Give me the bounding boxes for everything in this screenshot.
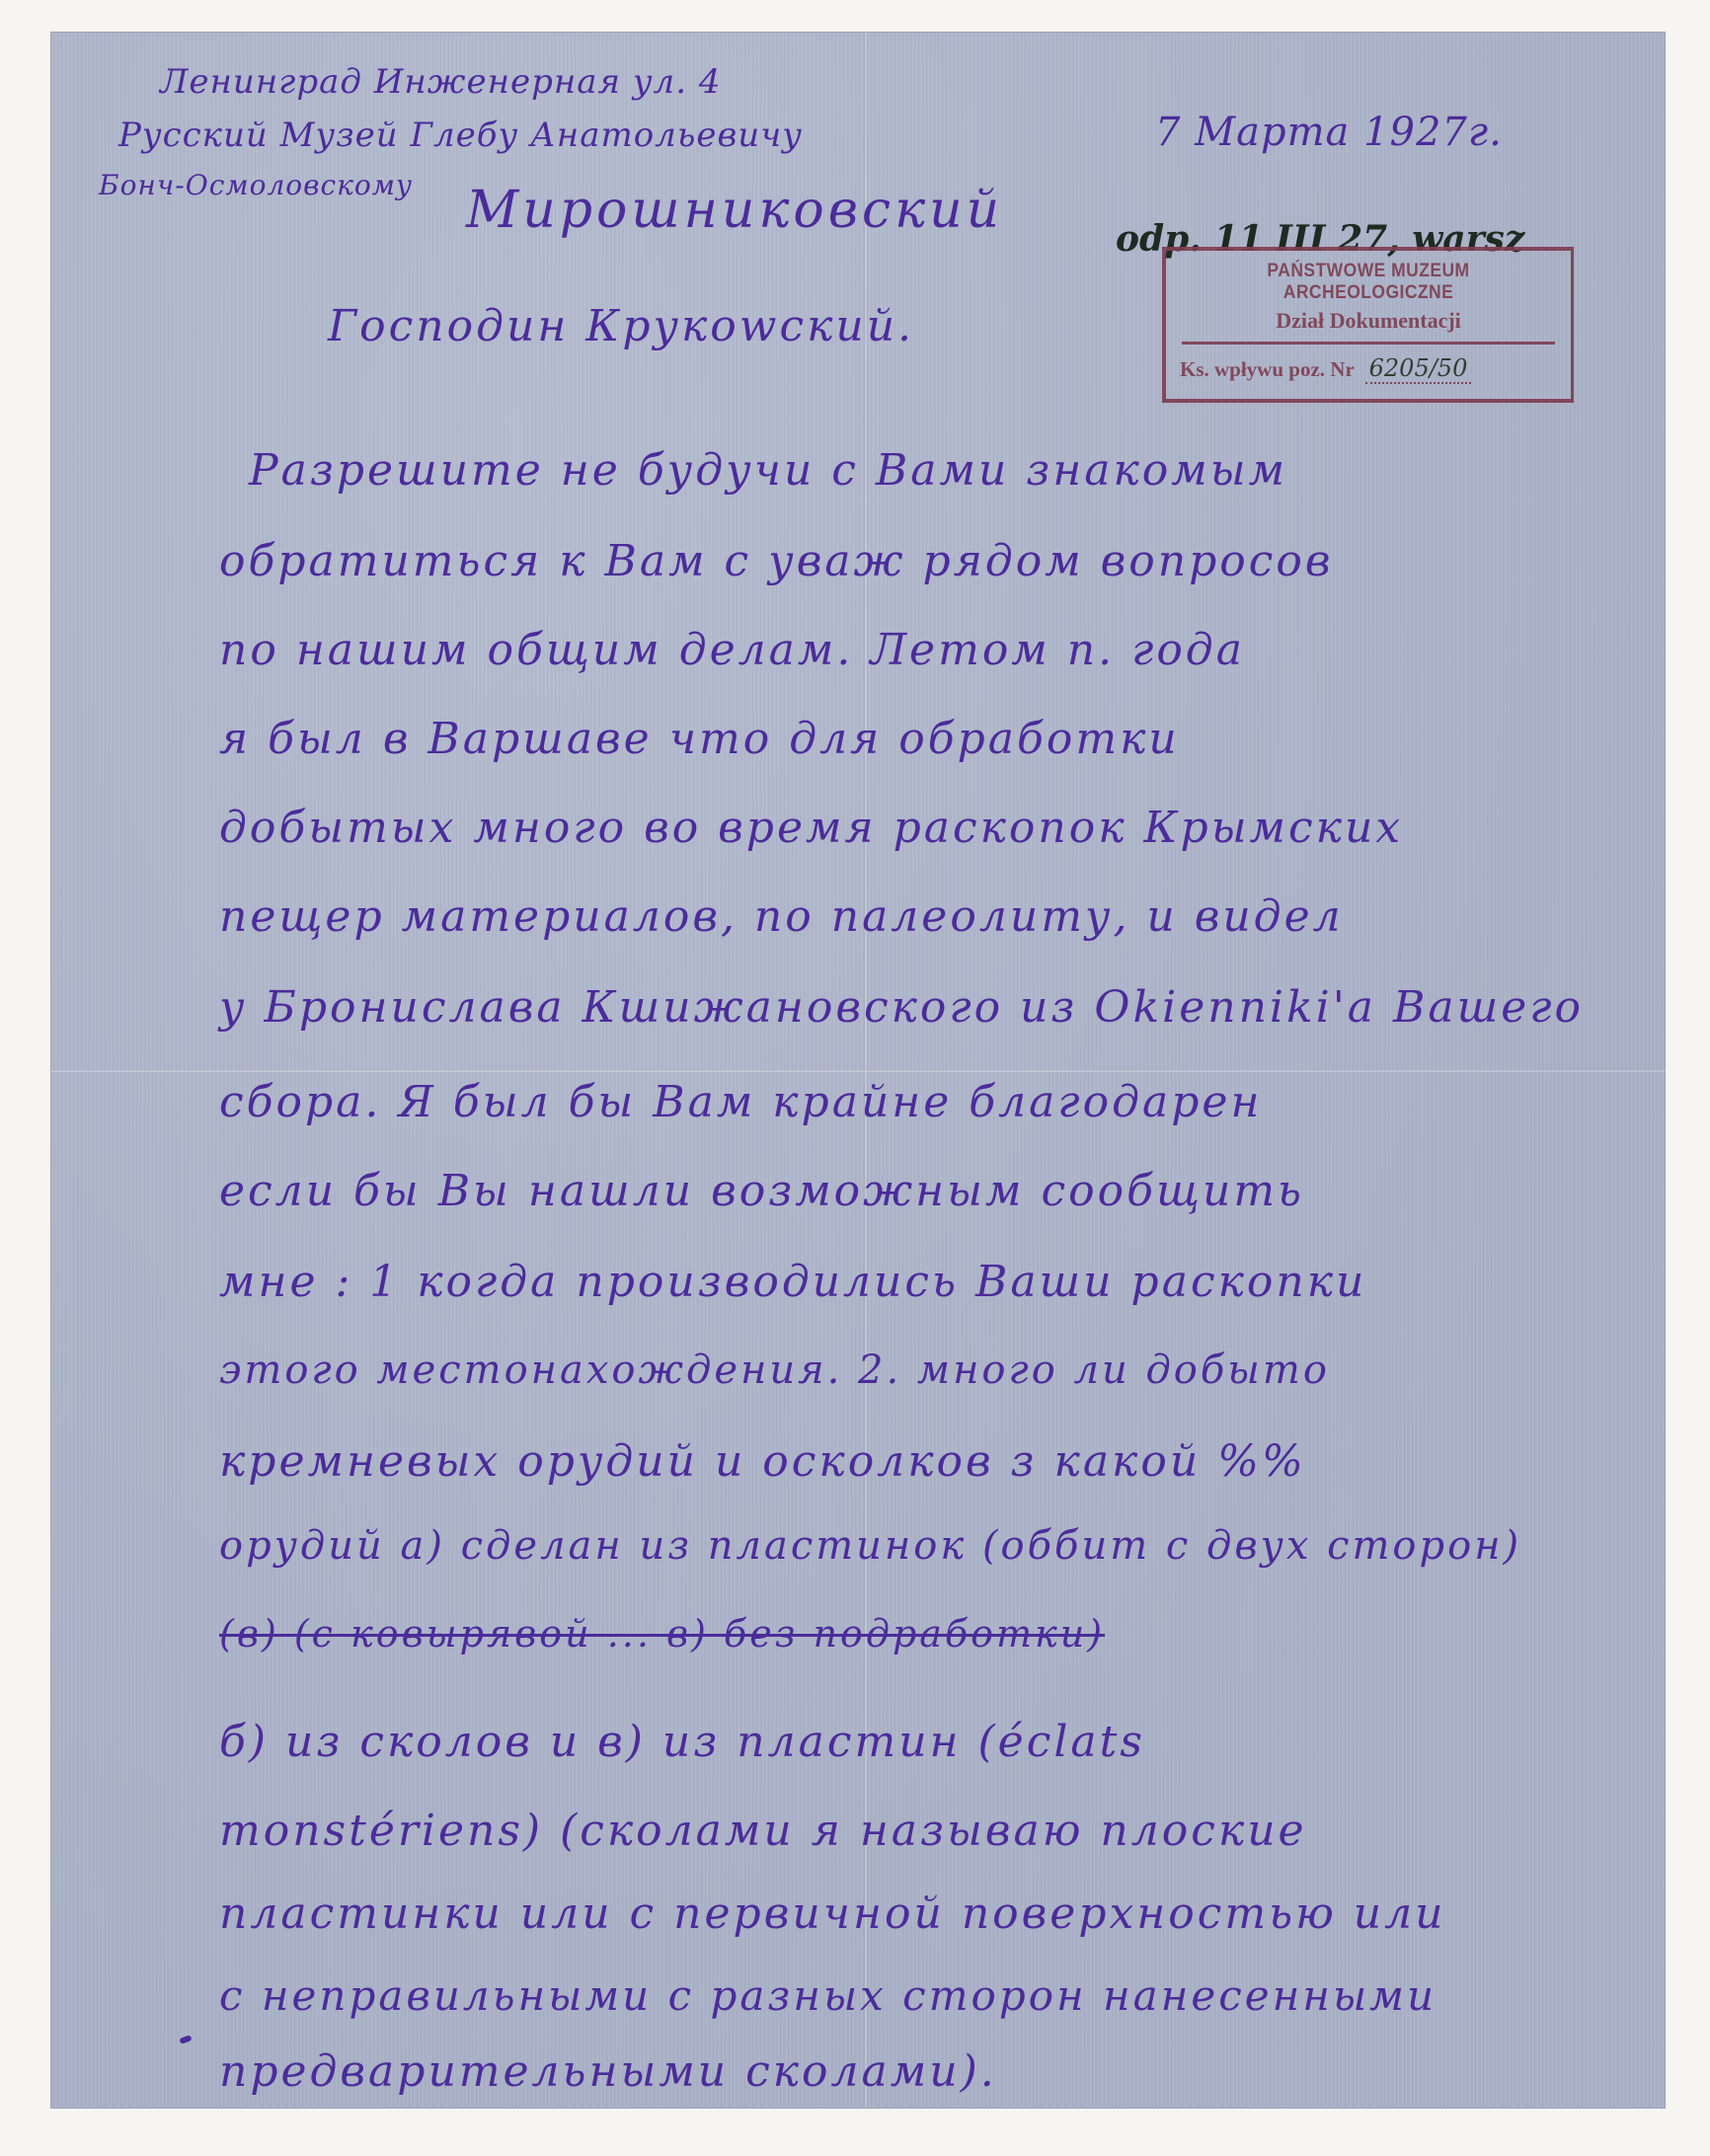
stamp-institution: PAŃSTWOWE MUZEUM ARCHEOLOGICZNE	[1182, 261, 1554, 304]
stamp-registry-row: Ks. wpływu poz. Nr 6205/50	[1180, 354, 1571, 384]
salutation: Господин Крукowский.	[328, 301, 914, 351]
body-line: monstériens) (сколами я называю плоские	[219, 1806, 1307, 1856]
body-line: пластинки или с первичной поверхностью и…	[219, 1888, 1446, 1939]
body-line: кремневых орудий и осколков з какой %%	[219, 1436, 1306, 1487]
body-line: сбора. Я был бы Вам крайне благодарен	[219, 1077, 1262, 1127]
ink-blot	[179, 2035, 192, 2044]
body-line: добытых много во время раскопок Крымских	[219, 803, 1403, 853]
body-line: предварительными сколами).	[219, 2046, 997, 2097]
address-line-1: Ленинград Инженерная ул. 4	[160, 62, 721, 102]
body-line: мне : 1 когда производились Ваши раскопк…	[219, 1257, 1366, 1307]
body-line: если бы Вы нашли возможным сообщить	[219, 1166, 1304, 1216]
stamp-divider	[1182, 342, 1555, 345]
recipient-surname: Мирошниковский	[466, 181, 1003, 240]
body-line: б) из сколов и в) из пластин (éclats	[219, 1717, 1145, 1767]
stamp-registry-label: Ks. wpływu poz. Nr	[1180, 357, 1354, 381]
body-line: с неправильными с разных сторон нанесенн…	[219, 1971, 1437, 2020]
body-line: обратиться к Вам с уваж рядом вопросов	[219, 536, 1334, 586]
body-line: орудий а) сделан из пластинок (оббит с д…	[219, 1523, 1521, 1569]
stamp-registry-number: 6205/50	[1365, 354, 1472, 384]
address-line-3: Бонч-Осмоловскому	[99, 169, 413, 201]
body-line: Разрешите не будучи с Вами знакомым	[249, 445, 1287, 496]
body-line: пещер материалов, по палеолиту, и видел	[219, 891, 1344, 942]
body-line: по нашим общим делам. Летом п. года	[219, 625, 1245, 675]
body-line: этого местонахождения. 2. много ли добыт…	[219, 1347, 1330, 1393]
horizontal-fold-line	[51, 1069, 1665, 1073]
address-line-2: Русский Музей Глебу Анатольевичу	[118, 115, 803, 155]
struck-through-line: (в) (с ковырявой ... в) без подработки)	[219, 1612, 1105, 1655]
body-line: я был в Варшаве что для обработки	[219, 714, 1180, 764]
stamp-department: Dział Dokumentacji	[1166, 308, 1571, 334]
letter-sheet: Ленинград Инженерная ул. 4 Русский Музей…	[51, 33, 1665, 2108]
body-line: у Бронислава Кшижановского из Okienniki'…	[219, 982, 1584, 1033]
museum-stamp: PAŃSTWOWE MUZEUM ARCHEOLOGICZNE Dział Do…	[1162, 247, 1574, 403]
letter-date: 7 Марта 1927г.	[1155, 110, 1503, 155]
